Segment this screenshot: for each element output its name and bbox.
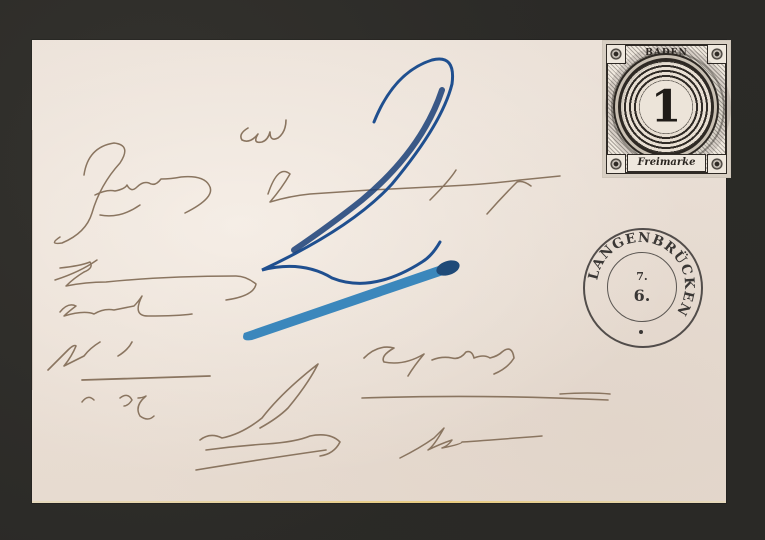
- circular-postmark: LANGENBRÜCKEN 7. 6.: [583, 228, 703, 348]
- stamp-cancellation-ring: [611, 51, 725, 165]
- stamp-corner-rosette-icon: [606, 154, 626, 174]
- postage-stamp: BADEN 1 Freimarke: [603, 41, 730, 177]
- stamp-corner-rosette-icon: [707, 154, 727, 174]
- postmark-month: 6.: [608, 286, 676, 305]
- stamp-inscription: Freimarke: [627, 154, 706, 172]
- stamp-corner-rosette-icon: [606, 44, 626, 64]
- postmark-dot: [639, 330, 643, 334]
- postmark-day: 7.: [608, 270, 676, 283]
- paper-edge: [32, 501, 726, 503]
- fold-line: [32, 130, 39, 390]
- postmark-inner-circle: 7. 6.: [607, 252, 677, 322]
- stamp-corner-rosette-icon: [707, 44, 727, 64]
